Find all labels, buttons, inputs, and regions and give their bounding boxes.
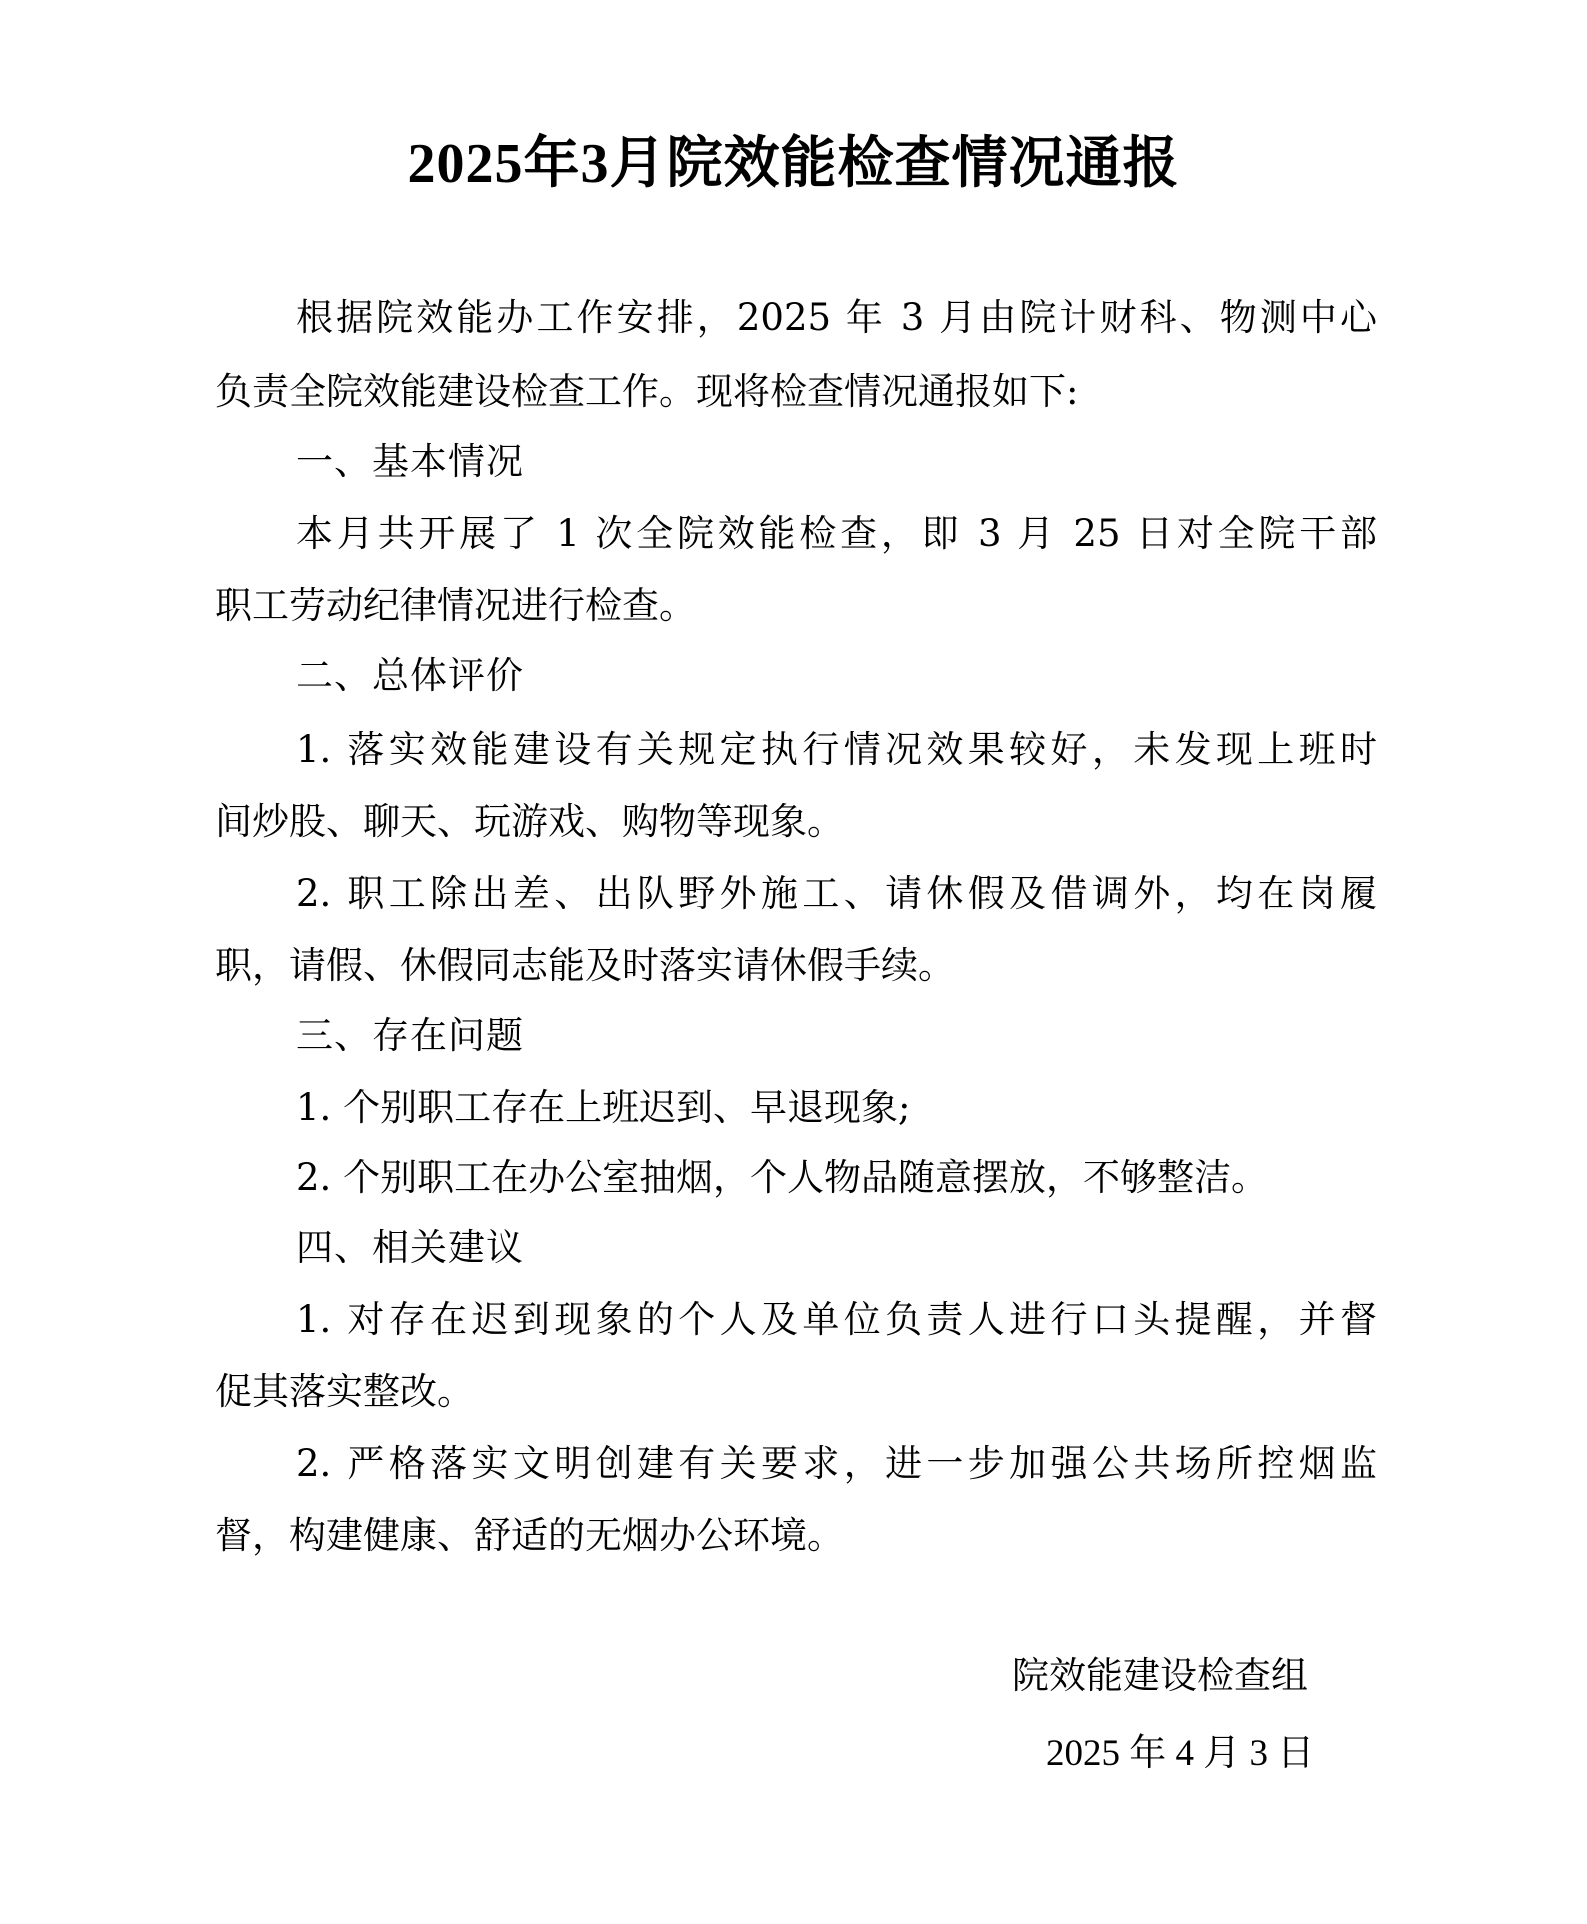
section-heading-suggestions: 四、相关建议 <box>296 1224 524 1272</box>
section2-para2-line2: 职，请假、休假同志能及时落实请休假手续。 <box>215 942 1377 990</box>
section4-para2-line1: 2. 严格落实文明创建有关要求，进一步加强公共场所控烟监 <box>296 1440 1377 1488</box>
section2-para1-line2: 间炒股、聊天、玩游戏、购物等现象。 <box>215 798 1377 846</box>
section-heading-problems: 三、存在问题 <box>296 1012 524 1060</box>
section3-para1-line1: 1. 个别职工存在上班迟到、早退现象; <box>296 1084 1377 1132</box>
section4-para1-line2: 促其落实整改。 <box>215 1368 1377 1416</box>
section1-para1-line1: 本月共开展了 1 次全院效能检查，即 3 月 25 日对全院干部 <box>296 510 1377 558</box>
document-page: 2025年3月院效能检查情况通报 根据院效能办工作安排，2025 年 3 月由院… <box>0 0 1587 1924</box>
section2-para2-line1: 2. 职工除出差、出队野外施工、请休假及借调外，均在岗履 <box>296 870 1377 918</box>
section4-para1-line1: 1. 对存在迟到现象的个人及单位负责人进行口头提醒，并督 <box>296 1296 1377 1344</box>
signature-issuer: 院效能建设检查组 <box>1012 1652 1308 1700</box>
intro-line-1: 根据院效能办工作安排，2025 年 3 月由院计财科、物测中心 <box>296 294 1377 342</box>
section-heading-evaluation: 二、总体评价 <box>296 652 524 700</box>
section1-para1-line2: 职工劳动纪律情况进行检查。 <box>215 582 1377 630</box>
section3-para2-line1: 2. 个别职工在办公室抽烟，个人物品随意摆放，不够整洁。 <box>296 1154 1377 1202</box>
section2-para1-line1: 1. 落实效能建设有关规定执行情况效果较好，未发现上班时 <box>296 726 1377 774</box>
section-heading-basic: 一、基本情况 <box>296 438 524 486</box>
signature-date: 2025 年 4 月 3 日 <box>1046 1730 1314 1778</box>
intro-line-2: 负责全院效能建设检查工作。现将检查情况通报如下: <box>215 368 1377 416</box>
document-title: 2025年3月院效能检查情况通报 <box>0 132 1587 196</box>
section4-para2-line2: 督，构建健康、舒适的无烟办公环境。 <box>215 1512 1377 1560</box>
